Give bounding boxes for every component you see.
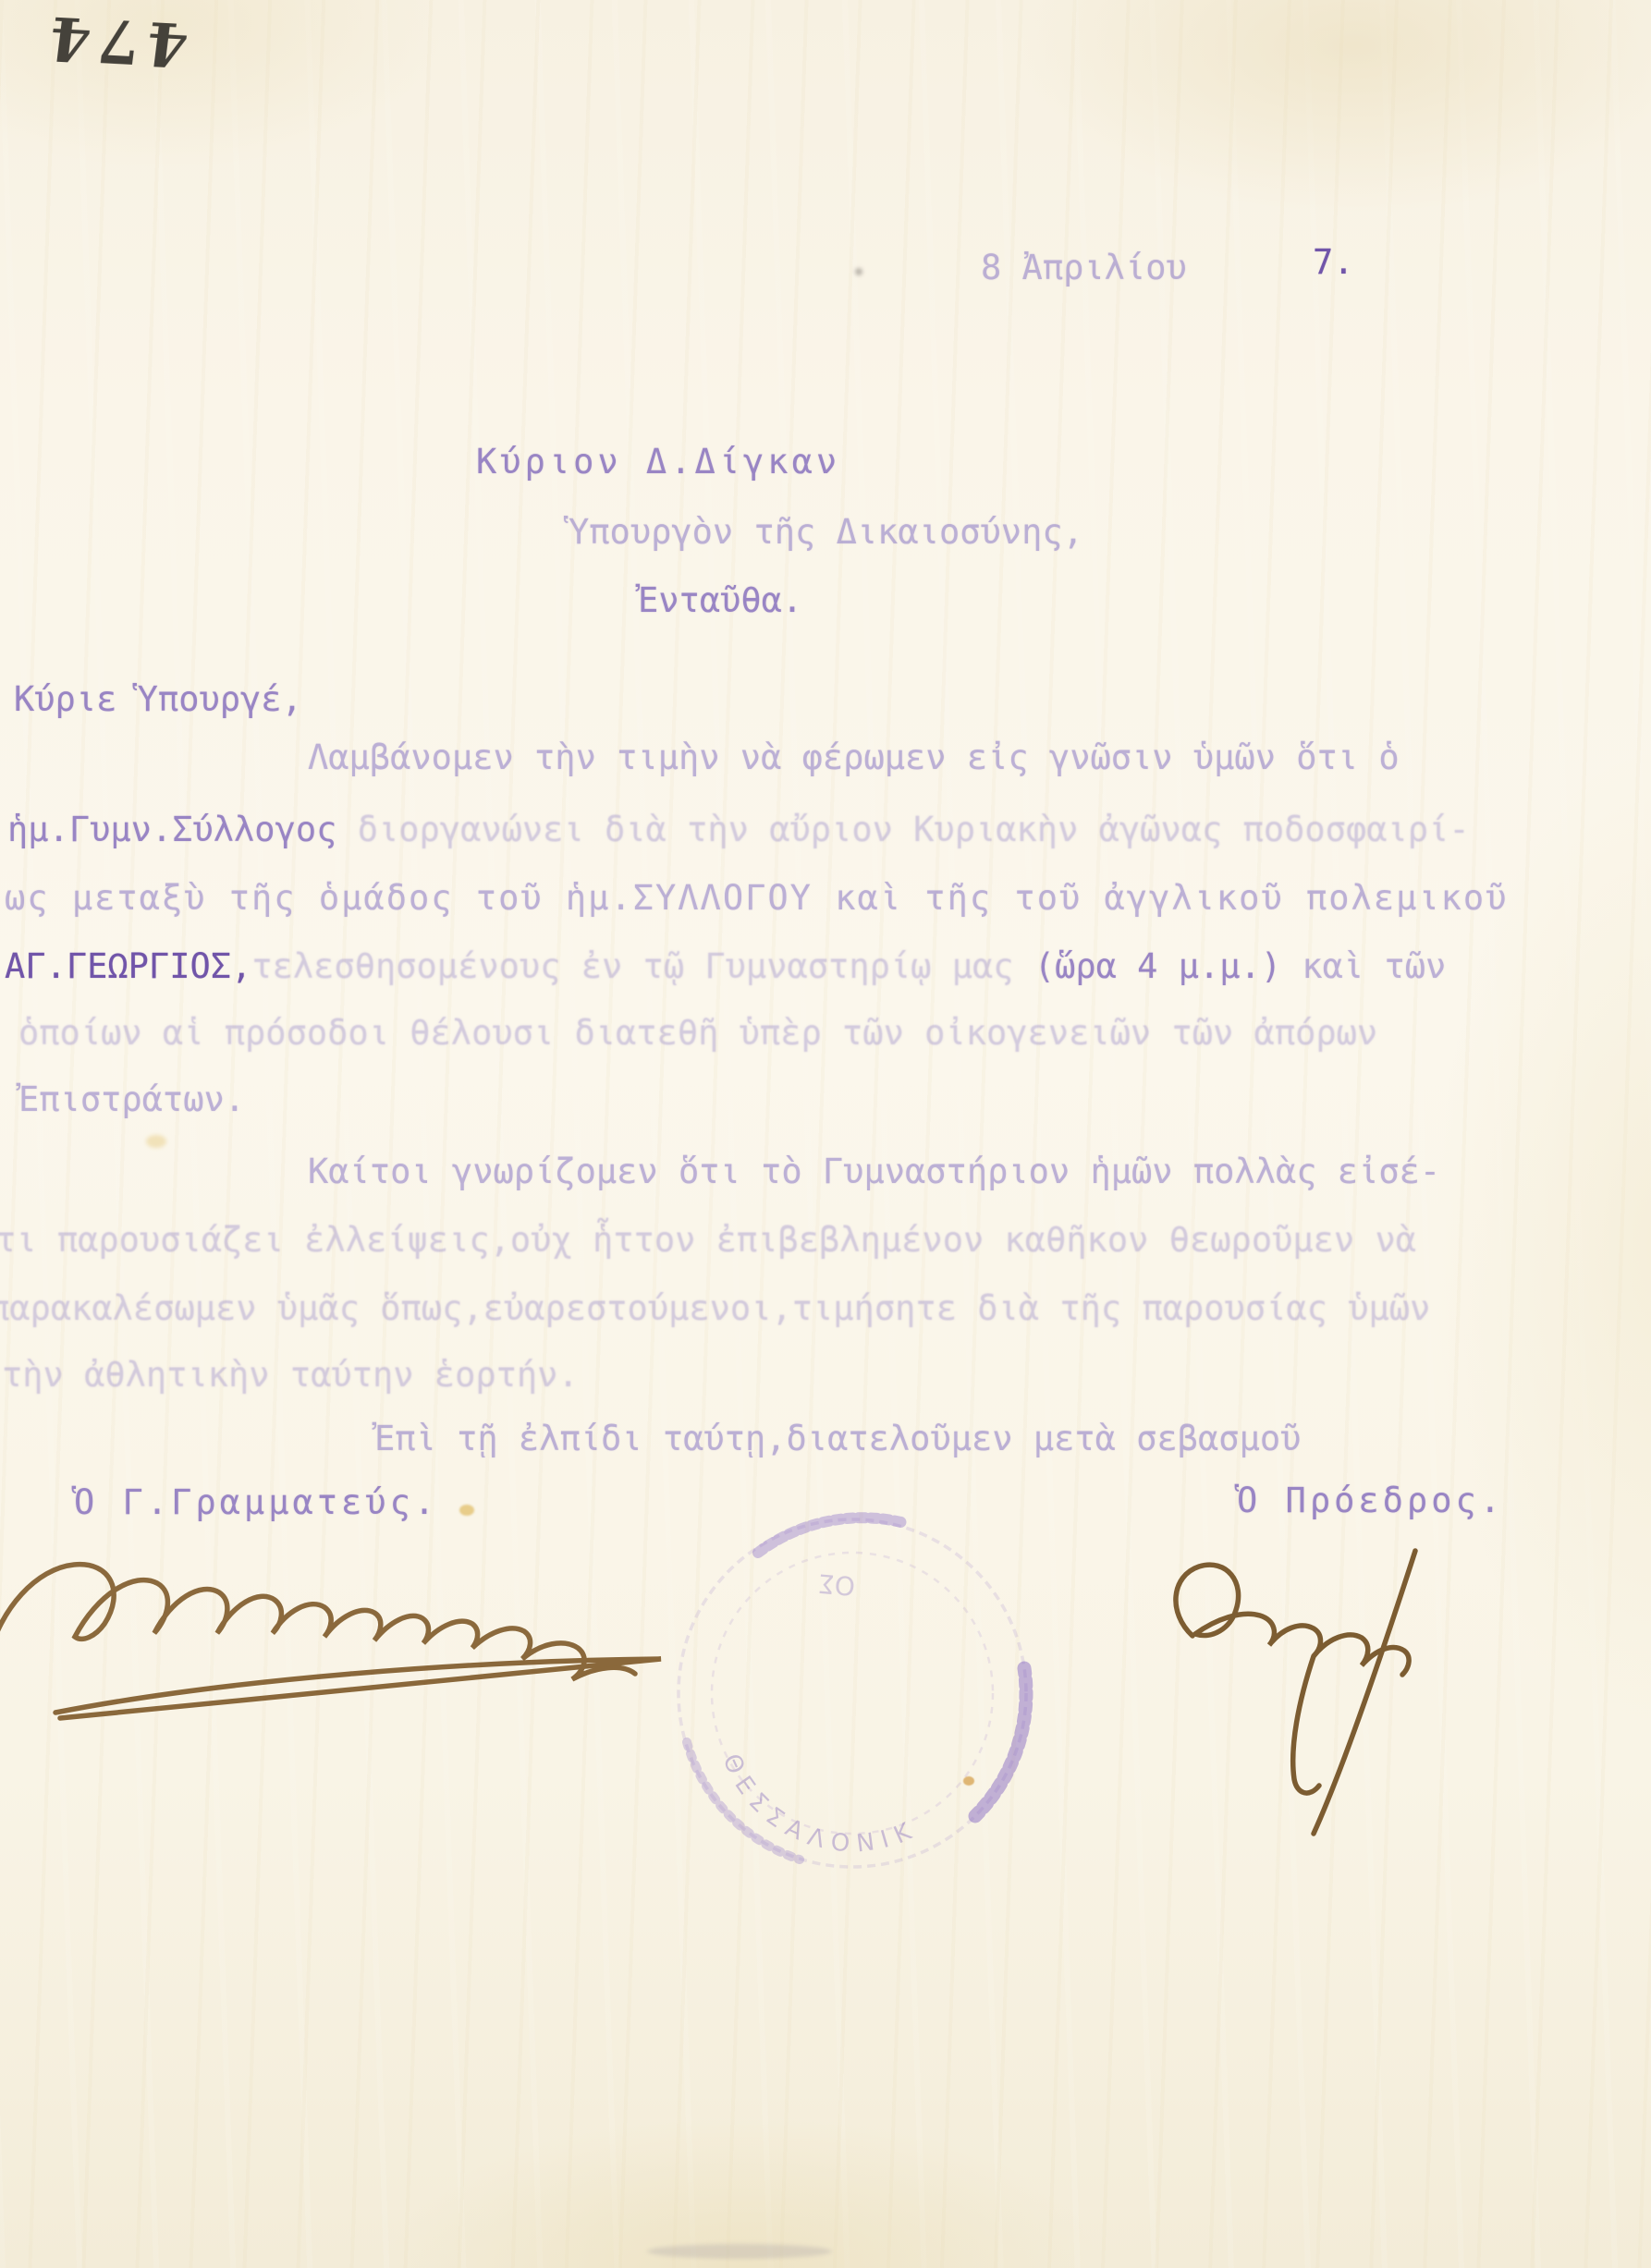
bottom-edge-smudge (647, 2244, 832, 2259)
body-p2-line1: Καίτοι γνωρίζομεν ὅτι τὸ Γυμναστήριον ἡμ… (308, 1153, 1440, 1191)
body-p2-line4: τὴν ἀθλητικὴν ταύτην ἑορτήν. (2, 1357, 579, 1395)
paper-stain-orange (963, 1776, 974, 1786)
seal-bottom-arc-label: ΘΕΣΣΑΛΟΝΙΚ (716, 1750, 923, 1858)
date-year: 7. (1313, 244, 1354, 282)
secretary-signature-flourish (55, 1659, 661, 1718)
archival-number-text: 474 (39, 2, 193, 79)
secretary-signature (0, 1520, 689, 1742)
seal-top-arc-label: ΟΣ (817, 1567, 856, 1601)
letter-scan-page: 474 8 Ἀπριλίου 7. Κύριον Δ.Δίγκαν Ὑπουργ… (0, 0, 1651, 2268)
recipient-title: Ὑπουργὸν τῆς Δικαιοσύνης, (569, 514, 1083, 552)
body-p1-line3: ως μεταξὺ τῆς ὁμάδος τοῦ ἡμ.ΣΥΛΛΟΓΟΥ καὶ… (5, 880, 1508, 918)
recipient-location: Ἐνταῦθα. (638, 582, 802, 620)
salutation: Κύριε Ὑπουργέ, (14, 681, 302, 719)
secretary-title: Ὁ Γ.Γραμματεύς. (74, 1484, 438, 1522)
paper-stain-left (146, 1135, 166, 1148)
body-p2-line2: τι παρουσιάζει ἐλλείψεις,οὐχ ἧττον ἐπιβε… (0, 1222, 1416, 1260)
president-signature-accent-stroke (1314, 1551, 1415, 1834)
body-p1-line5: ὁποίων αἱ πρόσοδοι θέλουσι διατεθῆ ὑπὲρ … (18, 1015, 1377, 1053)
archival-number-stamp: 474 (39, 2, 193, 79)
body-p1-line2-rest: διοργανώνει διὰ τὴν αὔριον Κυριακὴν ἀγῶν… (336, 810, 1469, 849)
body-p1-line4-mid: τελεσθησομένους ἐν τῷ Γυμναστηρίῳ μας (251, 946, 1033, 986)
body-p1-line2: ἡμ.Γυμν.Σύλλογος διοργανώνει διὰ τὴν αὔρ… (7, 811, 1470, 849)
body-p1-line4: ΑΓ.ΓΕΩΡΓΙΟΣ,τελεσθησομένους ἐν τῷ Γυμνασ… (5, 948, 1446, 986)
president-signature-descender (1293, 1656, 1319, 1793)
body-p1-line6: Ἐπιστράτων. (18, 1081, 245, 1119)
president-title: Ὁ Πρόεδρος. (1237, 1482, 1504, 1520)
body-p1-line4-end: καὶ τῶν (1281, 946, 1446, 986)
president-signature-stroke (1176, 1565, 1409, 1675)
club-name-text: ἡμ.Γυμν.Σύλλογος (7, 810, 336, 849)
seal-ink-blotch-top (758, 1518, 901, 1553)
closing-line: Ἐπὶ τῇ ἐλπίδι ταύτῃ,διατελοῦμεν μετὰ σεβ… (374, 1421, 1301, 1458)
body-p2-line3: παρακαλέσωμεν ὑμᾶς ὅπως,εὐαρεστούμενοι,τ… (0, 1290, 1430, 1328)
ship-name-text: ΑΓ.ΓΕΩΡΓΙΟΣ, (5, 946, 251, 986)
small-ink-dot (855, 268, 862, 275)
president-signature (1151, 1525, 1456, 1858)
match-time-text: (ὥρα 4 μ.μ.) (1034, 946, 1281, 986)
paper-stain-yellow (459, 1505, 474, 1516)
seal-ink-blotch-right (975, 1668, 1026, 1816)
recipient-name: Κύριον Δ.Δίγκαν (476, 444, 840, 482)
body-p1-line1: Λαμβάνομεν τὴν τιμὴν νὰ φέρωμεν εἰς γνῶσ… (308, 739, 1400, 777)
club-seal-stamp: ΘΕΣΣΑΛΟΝΙΚ ΟΣ (670, 1511, 1040, 1881)
date-day-month: 8 Ἀπριλίου (981, 250, 1187, 287)
